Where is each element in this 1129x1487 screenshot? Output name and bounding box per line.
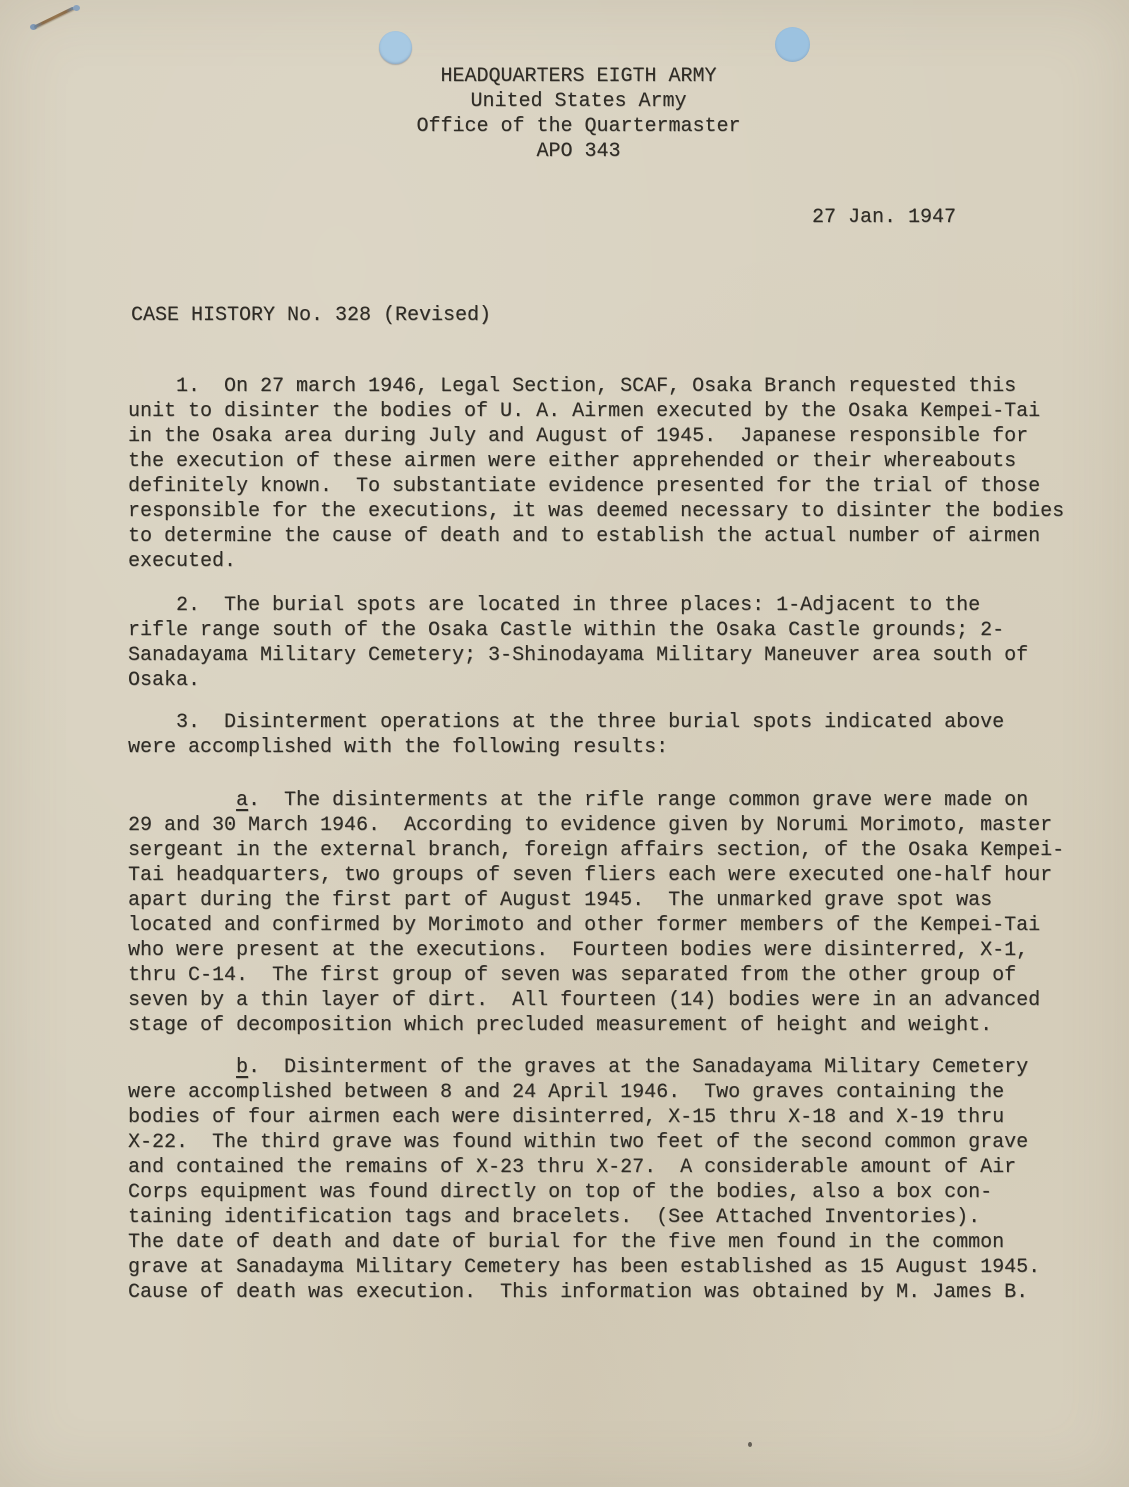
paragraph-first-line-text: . Disinterment of the graves at the Sana… — [248, 1056, 1028, 1079]
text-line: bodies of four airmen each were disinter… — [128, 1105, 1096, 1130]
document-body: 1. On 27 march 1946, Legal Section, SCAF… — [128, 374, 1096, 1305]
text-line: were accomplished with the following res… — [128, 735, 1096, 760]
paragraph-indent — [128, 594, 176, 617]
text-line: were accomplished between 8 and 24 April… — [128, 1080, 1096, 1105]
paragraph-indent — [128, 375, 176, 398]
letterhead-line-army: United States Army — [14, 89, 1129, 114]
text-line: The date of death and date of burial for… — [128, 1230, 1096, 1255]
paragraph-first-line-text: . The burial spots are located in three … — [188, 594, 980, 617]
text-line: to determine the cause of death and to e… — [128, 524, 1096, 549]
text-line: in the Osaka area during July and August… — [128, 424, 1096, 449]
text-line: 1. On 27 march 1946, Legal Section, SCAF… — [128, 374, 1096, 399]
paragraph-lead: 2 — [176, 594, 188, 617]
text-line: 3. Disinterment operations at the three … — [128, 710, 1096, 735]
paragraph: 1. On 27 march 1946, Legal Section, SCAF… — [128, 374, 1096, 574]
paragraph-indent — [128, 1056, 236, 1079]
letterhead: HEADQUARTERS EIGTH ARMY United States Ar… — [14, 64, 1129, 164]
document-page: HEADQUARTERS EIGTH ARMY United States Ar… — [0, 0, 1129, 1487]
text-line: grave at Sanadayma Military Cemetery has… — [128, 1255, 1096, 1280]
paragraph-indent — [128, 711, 176, 734]
text-line: the execution of these airmen were eithe… — [128, 449, 1096, 474]
text-line: responsible for the executions, it was d… — [128, 499, 1096, 524]
text-line: executed. — [128, 549, 1096, 574]
paragraph-first-line-text: . On 27 march 1946, Legal Section, SCAF,… — [188, 375, 1016, 398]
paragraph: 3. Disinterment operations at the three … — [128, 710, 1096, 760]
text-line: 29 and 30 March 1946. According to evide… — [128, 813, 1096, 838]
text-line: apart during the first part of August 19… — [128, 888, 1096, 913]
paragraph-lead: 3 — [176, 711, 188, 734]
text-line: located and confirmed by Morimoto and ot… — [128, 913, 1096, 938]
text-line: thru C-14. The first group of seven was … — [128, 963, 1096, 988]
text-line: definitely known. To substantiate eviden… — [128, 474, 1096, 499]
paragraph: 2. The burial spots are located in three… — [128, 593, 1096, 693]
text-line: and contained the remains of X-23 thru X… — [128, 1155, 1096, 1180]
letterhead-line-office: Office of the Quartermaster — [14, 114, 1129, 139]
text-line: Sanadayama Military Cemetery; 3-Shinoday… — [128, 643, 1096, 668]
staple-tip-icon — [73, 5, 80, 11]
text-line: stage of decomposition which precluded m… — [128, 1013, 1096, 1038]
text-line: seven by a thin layer of dirt. All fourt… — [128, 988, 1096, 1013]
paragraph: a. The disinterments at the rifle range … — [128, 788, 1096, 1038]
letterhead-line-apo: APO 343 — [14, 139, 1129, 164]
text-line: a. The disinterments at the rifle range … — [128, 788, 1096, 813]
text-line: X-22. The third grave was found within t… — [128, 1130, 1096, 1155]
paragraph-lead: b — [236, 1056, 248, 1079]
paragraph-lead: a — [236, 789, 248, 812]
text-line: Osaka. — [128, 668, 1096, 693]
paragraph-first-line-text: . The disinterments at the rifle range c… — [248, 789, 1028, 812]
paragraph-first-line-text: . Disinterment operations at the three b… — [188, 711, 1004, 734]
text-line: rifle range south of the Osaka Castle wi… — [128, 618, 1096, 643]
text-line: Tai headquarters, two groups of seven fl… — [128, 863, 1096, 888]
text-line: taining identification tags and bracelet… — [128, 1205, 1096, 1230]
staple-mark — [30, 2, 82, 32]
paper-speck — [748, 1442, 752, 1447]
letterhead-line-command: HEADQUARTERS EIGTH ARMY — [14, 64, 1129, 89]
hole-punch-dot-right — [775, 27, 810, 62]
text-line: 2. The burial spots are located in three… — [128, 593, 1096, 618]
paragraph: b. Disinterment of the graves at the San… — [128, 1055, 1096, 1305]
text-line: b. Disinterment of the graves at the San… — [128, 1055, 1096, 1080]
text-line: who were present at the executions. Four… — [128, 938, 1096, 963]
staple-bar — [34, 7, 75, 29]
paragraph-lead: 1 — [176, 375, 188, 398]
text-line: unit to disinter the bodies of U. A. Air… — [128, 399, 1096, 424]
case-heading: CASE HISTORY No. 328 (Revised) — [131, 303, 491, 328]
text-line: sergeant in the external branch, foreign… — [128, 838, 1096, 863]
paragraph-indent — [128, 789, 236, 812]
date-line: 27 Jan. 1947 — [812, 205, 956, 230]
text-line: Cause of death was execution. This infor… — [128, 1280, 1096, 1305]
text-line: Corps equipment was found directly on to… — [128, 1180, 1096, 1205]
hole-punch-dot-left — [379, 31, 412, 64]
